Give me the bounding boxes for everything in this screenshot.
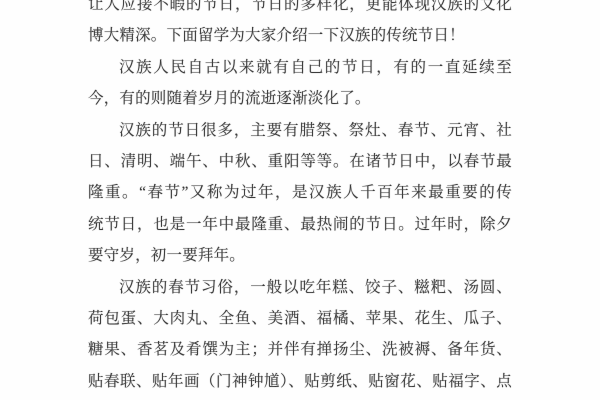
text-line: 博大精深。下面留学为大家介绍一下汉族的传统节日！ — [88, 20, 512, 51]
text-line: 要守岁，初一要拜年。 — [88, 240, 512, 271]
text-line: 汉族人民自古以来就有自己的节日，有的一直延续至 — [88, 52, 512, 83]
text-line: 汉族的节日很多，主要有腊祭、祭灶、春节、元宵、社 — [88, 115, 512, 146]
text-line: 隆重。“春节”又称为过年，是汉族人千百年来最重要的传 — [88, 177, 512, 208]
text-line: 日、清明、端午、中秋、重阳等等。在诸节日中，以春节最 — [88, 146, 512, 177]
text-line: 贴春联、贴年画（门神钟馗）、贴剪纸、贴窗花、贴福字、点 — [88, 366, 512, 397]
text-line: 汉族的春节习俗，一般以吃年糕、饺子、糍粑、汤圆、 — [88, 272, 512, 303]
text-line: 荷包蛋、大肉丸、全鱼、美酒、福橘、苹果、花生、瓜子、 — [88, 303, 512, 334]
document-page: 让人应接不暇的节日，节日的多样化，更能体现汉族的文化博大精深。下面留学为大家介绍… — [0, 0, 600, 400]
text-line: 让人应接不暇的节日，节日的多样化，更能体现汉族的文化 — [88, 0, 512, 20]
text-line: 今，有的则随着岁月的流逝逐渐淡化了。 — [88, 83, 512, 114]
article-text-block: 让人应接不暇的节日，节日的多样化，更能体现汉族的文化博大精深。下面留学为大家介绍… — [88, 0, 512, 397]
text-line: 统节日，也是一年中最隆重、最热闹的节日。过年时，除夕 — [88, 209, 512, 240]
text-line: 糖果、香茗及肴馔为主；并伴有掸扬尘、洗被褥、备年货、 — [88, 334, 512, 365]
